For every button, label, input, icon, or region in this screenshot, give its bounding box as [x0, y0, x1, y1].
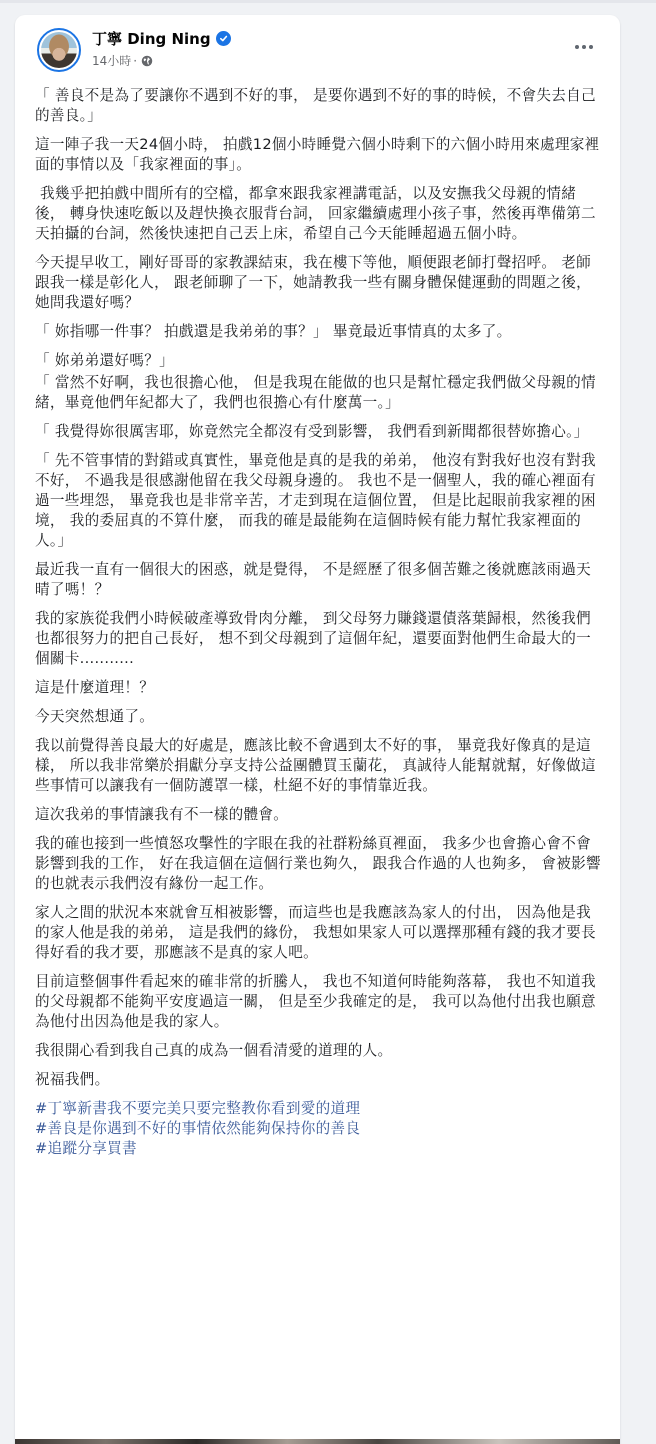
post-paragraph: 今天提早收工，剛好哥哥的家教課結束，我在樓下等他，順便跟老師打聲招呼。 老師跟我… — [35, 253, 605, 313]
hashtag-link[interactable]: #追蹤分享買書 — [35, 1139, 605, 1159]
post-paragraph: 目前這整個事件看起來的確非常的折騰人， 我也不知道何時能夠落幕， 我也不知道我的… — [35, 972, 605, 1032]
attached-photo[interactable] — [15, 1439, 620, 1444]
post-paragraph: 「 我覺得妳很厲害耶，妳竟然完全都沒有受到影響， 我們看到新聞都很替妳擔心。」 — [35, 422, 605, 442]
post-paragraph: 家人之間的狀況本來就會互相被影響，而這些也是我應該為家人的付出， 因為他是我的家… — [35, 903, 605, 963]
hashtag-link[interactable]: #善良是你遇到不好的事情依然能夠保持你的善良 — [35, 1119, 605, 1139]
post-paragraph: 這次我弟的事情讓我有不一樣的體會。 — [35, 805, 605, 825]
author-name[interactable]: 丁寧 Ding Ning — [92, 28, 211, 49]
post-paragraph: 「 善良不是為了要讓你不遇到不好的事， 是要你遇到不好的事的時候，不會失去自己的… — [35, 86, 605, 126]
more-dot-icon — [575, 45, 579, 49]
avatar-image — [41, 32, 77, 68]
top-divider — [0, 0, 656, 3]
post-paragraph: 我幾乎把拍戲中間所有的空檔，都拿來跟我家裡講電話，以及安撫我父母親的情緒後， 轉… — [35, 184, 605, 244]
verified-badge-icon — [216, 31, 231, 46]
post-paragraph: 「 先不管事情的對錯或真實性，畢竟他是真的是我的弟弟， 他沒有對我好也沒有對我不… — [35, 451, 605, 551]
author-row: 丁寧 Ding Ning — [92, 28, 231, 49]
post-paragraph: 這是什麼道理！？ — [35, 678, 605, 698]
more-dot-icon — [589, 45, 593, 49]
post-paragraph: 我以前覺得善良最大的好處是，應該比較不會遇到太不好的事， 畢竟我好像真的是這樣，… — [35, 736, 605, 796]
post-paragraph: 我的家族從我們小時候破產導致骨肉分離， 到父母努力賺錢還債落葉歸根，然後我們也都… — [35, 609, 605, 669]
post-paragraph: 「 妳指哪一件事？ 拍戲還是我弟弟的事？」 畢竟最近事情真的太多了。 — [35, 322, 605, 342]
more-dot-icon — [582, 45, 586, 49]
meta-separator: · — [133, 54, 137, 68]
post-paragraph: 這一陣子我一天24個小時， 拍戲12個小時睡覺六個小時剩下的六個小時用來處理家裡… — [35, 135, 605, 175]
post-paragraph: 祝福我們。 — [35, 1070, 605, 1090]
post-card: 丁寧 Ding Ning 14小時 · 「 善良不是為了要讓你不遇到不好的事， … — [15, 15, 620, 1444]
post-meta: 14小時 · — [92, 52, 153, 69]
hashtag-list: #丁寧新書我不要完美只要完整教你看到愛的道理 #善良是你遇到不好的事情依然能夠保… — [35, 1099, 605, 1159]
post-paragraph: 最近我一直有一個很大的困惑，就是覺得， 不是經歷了很多個苦難之後就應該雨過天晴了… — [35, 560, 605, 600]
post-timestamp[interactable]: 14小時 — [92, 52, 131, 69]
post-paragraph: 我很開心看到我自己真的成為一個看清愛的道理的人。 — [35, 1041, 605, 1061]
post-paragraph: 我的確也接到一些憤怒攻擊性的字眼在我的社群粉絲頁裡面， 我多少也會擔心會不會影響… — [35, 834, 605, 894]
post-header: 丁寧 Ding Ning 14小時 · — [15, 15, 620, 75]
post-body: 「 善良不是為了要讓你不遇到不好的事， 是要你遇到不好的事的時候，不會失去自己的… — [35, 86, 605, 1159]
post-paragraph: 今天突然想通了。 — [35, 707, 605, 727]
more-options-button[interactable] — [570, 37, 598, 57]
hashtag-link[interactable]: #丁寧新書我不要完美只要完整教你看到愛的道理 — [35, 1099, 605, 1119]
post-paragraph: 「 當然不好啊，我也很擔心他， 但是我現在能做的也只是幫忙穩定我們做父母親的情緒… — [35, 373, 605, 413]
avatar[interactable] — [37, 28, 81, 72]
post-paragraph: 「 妳弟弟還好嗎？」 — [35, 351, 605, 371]
globe-icon — [141, 55, 153, 67]
